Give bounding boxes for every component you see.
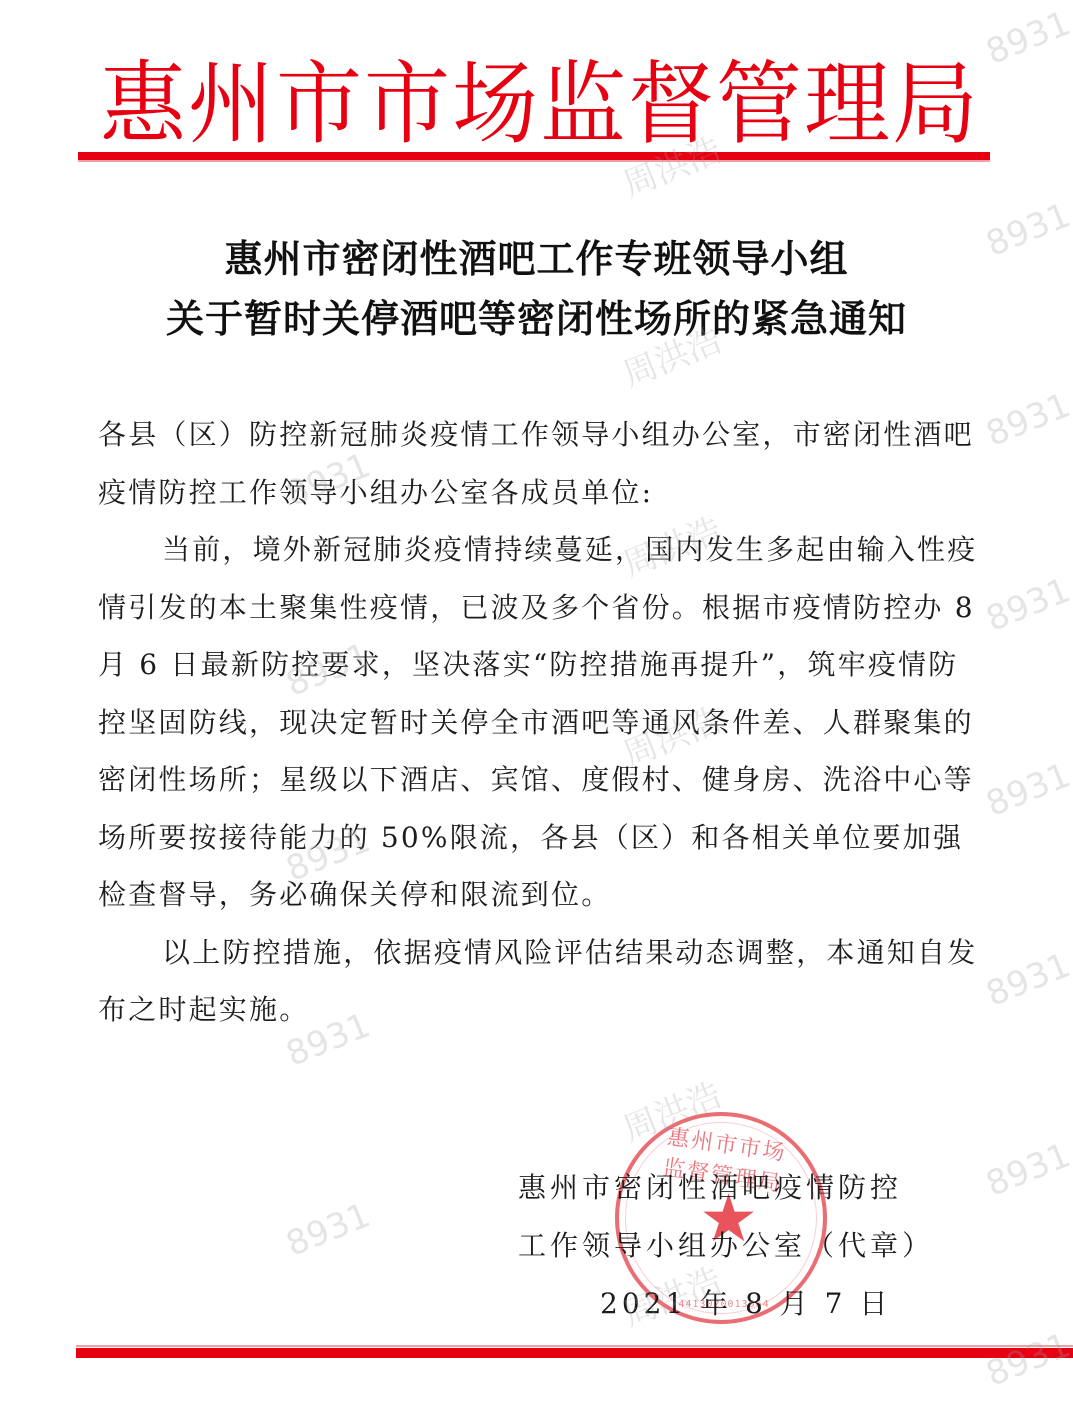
- watermark-number: 8931: [981, 755, 1073, 825]
- masthead: 惠州市市场监督管理局: [100, 52, 980, 157]
- body-paragraph-2: 以上防控措施，依据疫情风险评估结果动态调整，本通知自发布之时起实施。: [98, 924, 978, 1039]
- addressee: 各县（区）防控新冠肺炎疫情工作领导小组办公室，市密闭性酒吧疫情防控工作领导小组办…: [98, 406, 978, 521]
- watermark-number: 8931: [981, 1135, 1073, 1205]
- signature-line-2: 工作领导小组办公室（代章）: [518, 1224, 934, 1264]
- document-title-line-1: 惠州市密闭性酒吧工作专班领导小组: [0, 228, 1073, 283]
- signature-line-1: 惠州市密闭性酒吧疫情防控: [518, 1166, 902, 1206]
- watermark-number: 8931: [981, 945, 1073, 1015]
- watermark-number: 8931: [281, 1195, 376, 1265]
- watermark-number: 8931: [981, 3, 1073, 73]
- watermark-number: 8931: [981, 570, 1073, 640]
- watermark-number: 8931: [981, 385, 1073, 455]
- document-body: 各县（区）防控新冠肺炎疫情工作领导小组办公室，市密闭性酒吧疫情防控工作领导小组办…: [98, 406, 978, 1039]
- document-title-line-2: 关于暂时关停酒吧等密闭性场所的紧急通知: [0, 288, 1073, 343]
- watermark-number: 8931: [981, 1325, 1073, 1395]
- masthead-rule: [78, 152, 990, 160]
- footer-rule: [76, 1348, 1073, 1358]
- body-paragraph-1: 当前，境外新冠肺炎疫情持续蔓延，国内发生多起由输入性疫情引发的本土聚集性疫情，已…: [98, 521, 978, 924]
